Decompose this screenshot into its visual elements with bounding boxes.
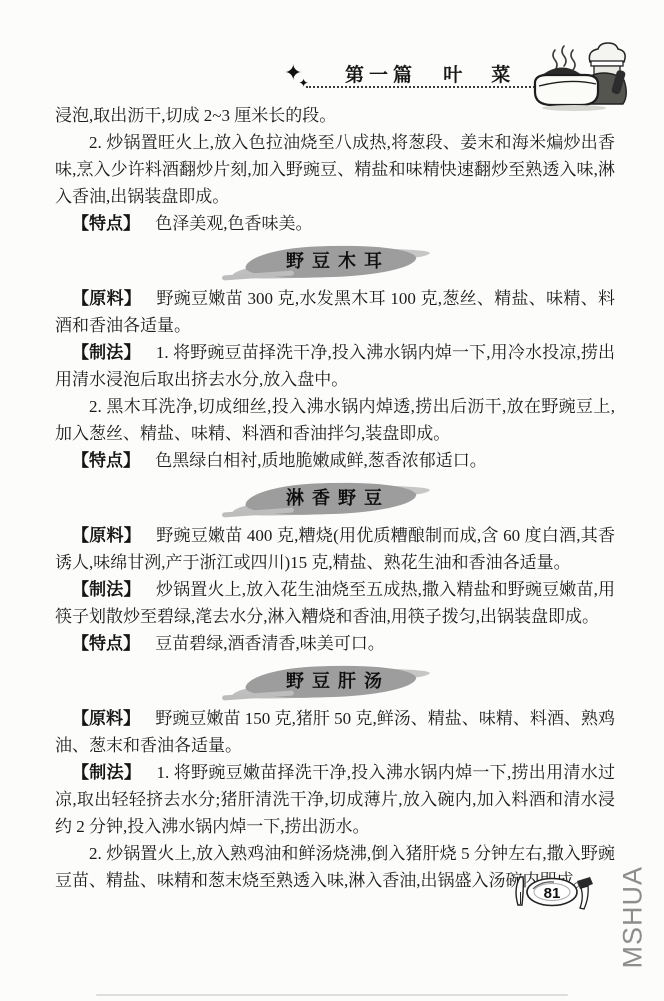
- chapter-title: 叶 菜: [443, 65, 515, 86]
- book-page: ✦✦ 第一篇 叶 菜 浸泡,取出沥干,切成 2~3 厘米长的: [0, 0, 664, 1001]
- watermark-text: MSHUA: [618, 879, 649, 969]
- feature-paragraph: 【特点】色黑绿白相衬,质地脆嫩咸鲜,葱香浓郁适口。: [55, 447, 615, 474]
- ingredients-paragraph: 【原料】野豌豆嫩苗 150 克,猪肝 50 克,鲜汤、精盐、味精、料酒、熟鸡油、…: [55, 705, 615, 759]
- method-paragraph: 【制法】炒锅置火上,放入花生油烧至五成热,撒入精盐和野豌豆嫩苗,用筷子划散炒至碧…: [55, 576, 615, 630]
- sparkle-icon: ✦✦: [284, 62, 313, 85]
- method-label: 【制法】: [72, 763, 141, 782]
- recipe-title-block: 淋香野豆: [55, 481, 615, 516]
- knife-plate-fork-icon: 81: [508, 872, 596, 914]
- feature-text: 豆苗碧绿,酒香清香,味美可口。: [155, 634, 385, 653]
- ingredients-label: 【原料】: [72, 709, 140, 728]
- feature-paragraph: 【特点】豆苗碧绿,酒香清香,味美可口。: [55, 630, 615, 657]
- recipe-title: 淋香野豆: [266, 481, 404, 516]
- recipe-title-block: 野豆木耳: [55, 244, 615, 279]
- scan-artifact-line: [96, 994, 568, 996]
- page-body: 浸泡,取出沥干,切成 2~3 厘米长的段。 2. 炒锅置旺火上,放入色拉油烧至八…: [55, 102, 615, 894]
- feature-paragraph: 【特点】色泽美观,色香味美。: [55, 210, 615, 237]
- recipe-title-block: 野豆肝汤: [55, 664, 615, 699]
- ingredients-label: 【原料】: [72, 526, 141, 545]
- paragraph-step: 2. 炒锅置旺火上,放入色拉油烧至八成热,将葱段、姜末和海米煸炒出香味,烹入少许…: [55, 129, 615, 210]
- method-label: 【制法】: [72, 580, 141, 599]
- ingredients-label: 【原料】: [72, 289, 141, 308]
- section-title: 第一篇: [345, 65, 417, 86]
- feature-text: 色黑绿白相衬,质地脆嫩咸鲜,葱香浓郁适口。: [155, 451, 487, 470]
- feature-label: 【特点】: [72, 214, 140, 233]
- chapter-heading: 第一篇 叶 菜: [345, 60, 515, 87]
- method-paragraph: 【制法】1. 将野豌豆苗择洗干净,投入沸水锅内焯一下,用冷水投凉,捞出用清水浸泡…: [55, 339, 615, 393]
- recipe-title: 野豆木耳: [266, 244, 404, 279]
- ingredients-paragraph: 【原料】野豌豆嫩苗 400 克,糟烧(用优质糟酿制而成,含 60 度白酒,其香诱…: [55, 522, 615, 576]
- page-number-ornament: 81: [508, 872, 596, 919]
- method-paragraph: 【制法】1. 将野豌豆嫩苗择洗干净,投入沸水锅内焯一下,捞出用清水过凉,取出轻轻…: [55, 759, 615, 840]
- paragraph-continuation: 浸泡,取出沥干,切成 2~3 厘米长的段。: [55, 102, 615, 129]
- recipe-title: 野豆肝汤: [266, 664, 404, 699]
- ingredients-paragraph: 【原料】野豌豆嫩苗 300 克,水发黑木耳 100 克,葱丝、精盐、味精、料酒和…: [55, 285, 615, 339]
- method-label: 【制法】: [72, 343, 141, 362]
- feature-text: 色泽美观,色香味美。: [155, 214, 312, 233]
- feature-label: 【特点】: [72, 634, 140, 653]
- page-number: 81: [544, 885, 561, 902]
- feature-label: 【特点】: [72, 451, 140, 470]
- method-paragraph: 2. 黑木耳洗净,切成细丝,投入沸水锅内焯透,捞出后沥干,放在野豌豆上,加入葱丝…: [55, 393, 615, 447]
